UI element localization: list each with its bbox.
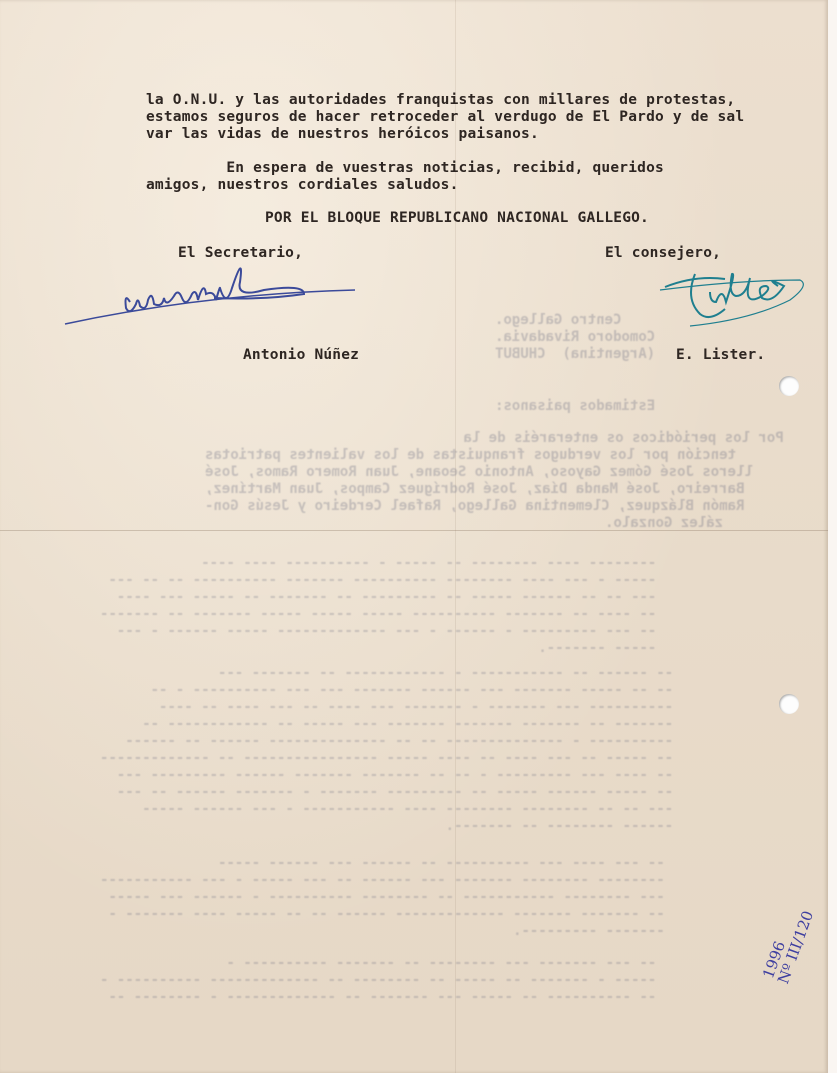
closing-line: En espera de vuestras noticias, recibid,… <box>146 160 664 177</box>
letter-body-line: la O.N.U. y las autoridades franquistas … <box>146 92 735 109</box>
punch-hole <box>779 376 799 396</box>
bleed-through-line: Ramón Blázquez, Clementina Gallego, Rafa… <box>205 498 744 515</box>
bleed-through-line: Barreiro, José Manda Díaz, José Rodrígue… <box>205 481 744 498</box>
counselor-name: E. Lister. <box>676 347 765 364</box>
bleed-through-greeting: Estimados paisanos: <box>495 398 655 415</box>
organization-line: POR EL BLOQUE REPUBLICANO NACIONAL GALLE… <box>265 210 649 227</box>
secretary-signature <box>60 262 400 342</box>
bleed-through-address-2: Comodoro Rivadavia. <box>495 329 655 346</box>
secretary-role: El Secretario, <box>178 245 303 262</box>
closing-line: amigos, nuestros cordiales saludos. <box>146 177 459 194</box>
counselor-role: El consejero, <box>605 245 721 262</box>
counselor-signature <box>655 262 815 342</box>
bleed-through-line: zález Gonzalo. <box>605 515 723 532</box>
bleed-through-block: -- --- ------- --- -------- -- ------- -… <box>100 955 656 1006</box>
bleed-through-line: tención por los verdugos franquistas de … <box>205 447 736 464</box>
bleed-through-address-3: (Argentina) CHUBUT <box>495 346 655 363</box>
bleed-through-line: lleros José Gómez Gayoso, Antonio Seoane… <box>205 464 753 481</box>
page-edge <box>828 0 837 1073</box>
letter-body-line: estamos seguros de hacer retroceder al v… <box>146 109 744 126</box>
letter-body-line: var las vidas de nuestros heróicos paisa… <box>146 126 539 143</box>
bleed-through-address-1: Centro Gallego. <box>495 312 621 329</box>
bleed-through-block: -- ------ -- ----------- - ------------ … <box>100 665 673 835</box>
punch-hole <box>779 694 799 714</box>
bleed-through-block: -------- ---- -------- -- ----- - ------… <box>100 555 656 657</box>
secretary-name: Antonio Núñez <box>243 347 359 364</box>
bleed-through-line: Por los periódicos os enteraréis de la <box>455 430 784 447</box>
bleed-through-block: -- --- ---- --- ---------- -- ------ ---… <box>100 855 665 940</box>
